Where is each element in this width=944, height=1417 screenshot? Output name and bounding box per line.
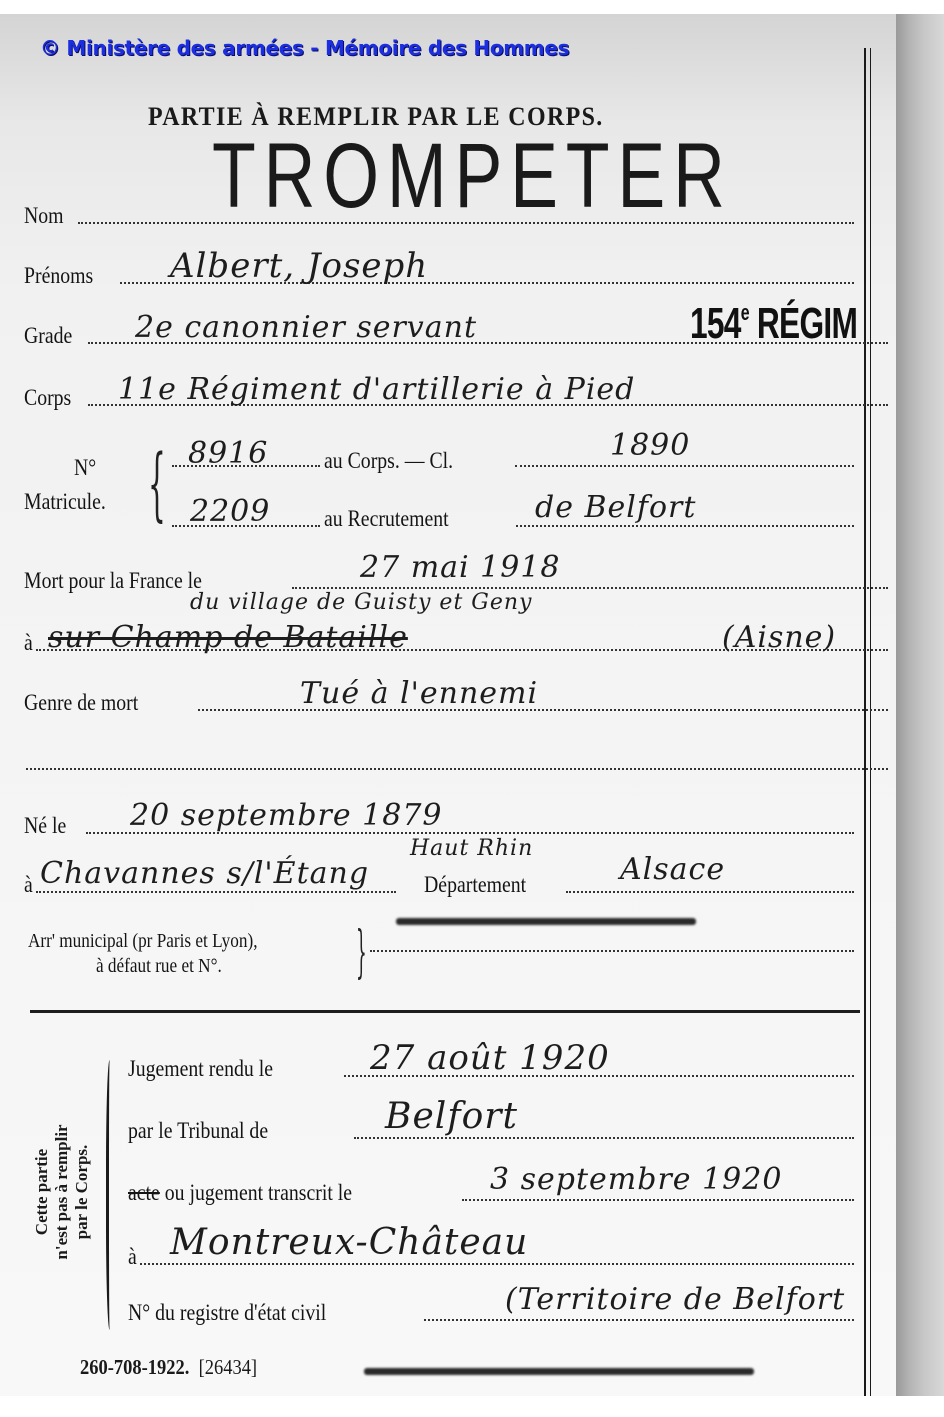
mort-lieu-a-label: à [24,630,33,656]
matricule-no-label: N° [74,455,96,481]
transcrit-label: acte ou jugement transcrit le [128,1180,352,1206]
naissance-lieu-dotted-line [36,891,396,893]
registre-value: (Territoire de Belfort [505,1282,845,1317]
matricule-recrutement-dots-2 [516,525,854,527]
naissance-label: Né le [24,813,66,839]
nom-value: TROMPETER [212,130,733,222]
side-note-line-1: Cette partie [32,1092,52,1292]
departement-above: Haut Rhin [410,836,533,861]
transcrit-label-text: ou jugement transcrit le [165,1180,352,1205]
transcription-lieu-value: Montreux-Château [170,1222,528,1263]
matricule-classe: 1890 [610,428,690,463]
tribunal-dotted-line [354,1137,854,1139]
jugement-rendu-value: 27 août 1920 [370,1038,610,1078]
arrondissement-brace: } [356,925,367,981]
grade-value: 2e canonnier servant [135,310,477,345]
jugement-brace [106,1060,115,1330]
transcrit-value: 3 septembre 1920 [490,1162,782,1197]
naissance-lieu-a-label: à [24,872,33,898]
genre-mort-label: Genre de mort [24,690,138,716]
matricule-classe-dots [515,465,854,467]
departement-dotted-line [566,891,854,893]
transcription-lieu-dotted-line [140,1263,854,1265]
mort-dotted-line [292,587,888,589]
tribunal-value: Belfort [385,1096,518,1137]
footer-redaction-mark [364,1368,754,1375]
departement-value: Alsace [620,852,725,887]
copyright-watermark: © Ministère des armées - Mémoire des Hom… [40,36,569,60]
jugement-rendu-label: Jugement rendu le [128,1056,273,1082]
stamp-number: 154 [690,299,741,348]
transcrit-struck-word: acte [128,1180,160,1205]
side-note: Cette partie n'est pas à remplir par le … [32,1092,132,1292]
matricule-corps-label: au Corps. — Cl. [324,448,453,474]
section-divider [30,1010,860,1013]
side-note-line-3: par le Corps. [72,1092,92,1292]
registre-label: N° du registre d'état civil [128,1300,326,1326]
arrondissement-line1: Arr' municipal (pr Paris et Lyon), [28,930,258,953]
naissance-lieu: Chavannes s/l'Étang [40,856,369,891]
matricule-brace: { [148,444,166,524]
mort-label: Mort pour la France le [24,568,202,594]
stamp-suffix: e [741,300,749,325]
matricule-recrutement-number: 2209 [190,494,270,529]
nom-label: Nom [24,203,64,229]
footer-code: 260-708-1922. [80,1355,189,1379]
mort-lieu-insert: du village de Guisty et Geny [190,590,532,615]
registre-dotted-line [424,1319,854,1321]
regiment-stamp: 154e RÉGIM [690,302,857,346]
page-edge-shadow [896,14,944,1396]
matricule-label: Matricule. [24,489,106,515]
transcription-lieu-a-label: à [128,1244,137,1270]
transcrit-dotted-line [462,1199,854,1201]
matricule-recrutement-value: de Belfort [535,490,696,525]
corps-value: 11e Régiment d'artillerie à Pied [118,372,635,407]
matricule-corps-number: 8916 [188,436,268,471]
mort-date: 27 mai 1918 [360,550,561,585]
genre-mort-value: Tué à l'ennemi [300,676,538,711]
arrondissement-line2: à défaut rue et N°. [96,955,222,978]
form-print-code: 260-708-1922. [26434] [80,1355,257,1380]
prenoms-label: Prénoms [24,263,93,289]
redaction-mark [396,918,696,925]
stamp-text: RÉGIM [757,299,857,348]
side-note-line-2: n'est pas à remplir [52,1092,72,1292]
matricule-recrutement-label: au Recrutement [324,506,449,532]
footer-ref: [26434] [199,1355,258,1379]
right-margin-line-2 [870,48,871,1396]
tribunal-label: par le Tribunal de [128,1118,268,1144]
corps-label: Corps [24,385,71,411]
naissance-date: 20 septembre 1879 [130,798,443,833]
blank-dotted-line [26,768,888,770]
prenoms-value: Albert, Joseph [170,246,428,286]
right-margin-line-1 [864,48,866,1396]
grade-label: Grade [24,323,72,349]
arrondissement-dotted-line [370,950,854,952]
mort-lieu-dept: (Aisne) [722,620,836,655]
departement-label: Département [424,872,526,898]
mort-lieu-struck: sur Champ de Bataille [48,620,408,655]
